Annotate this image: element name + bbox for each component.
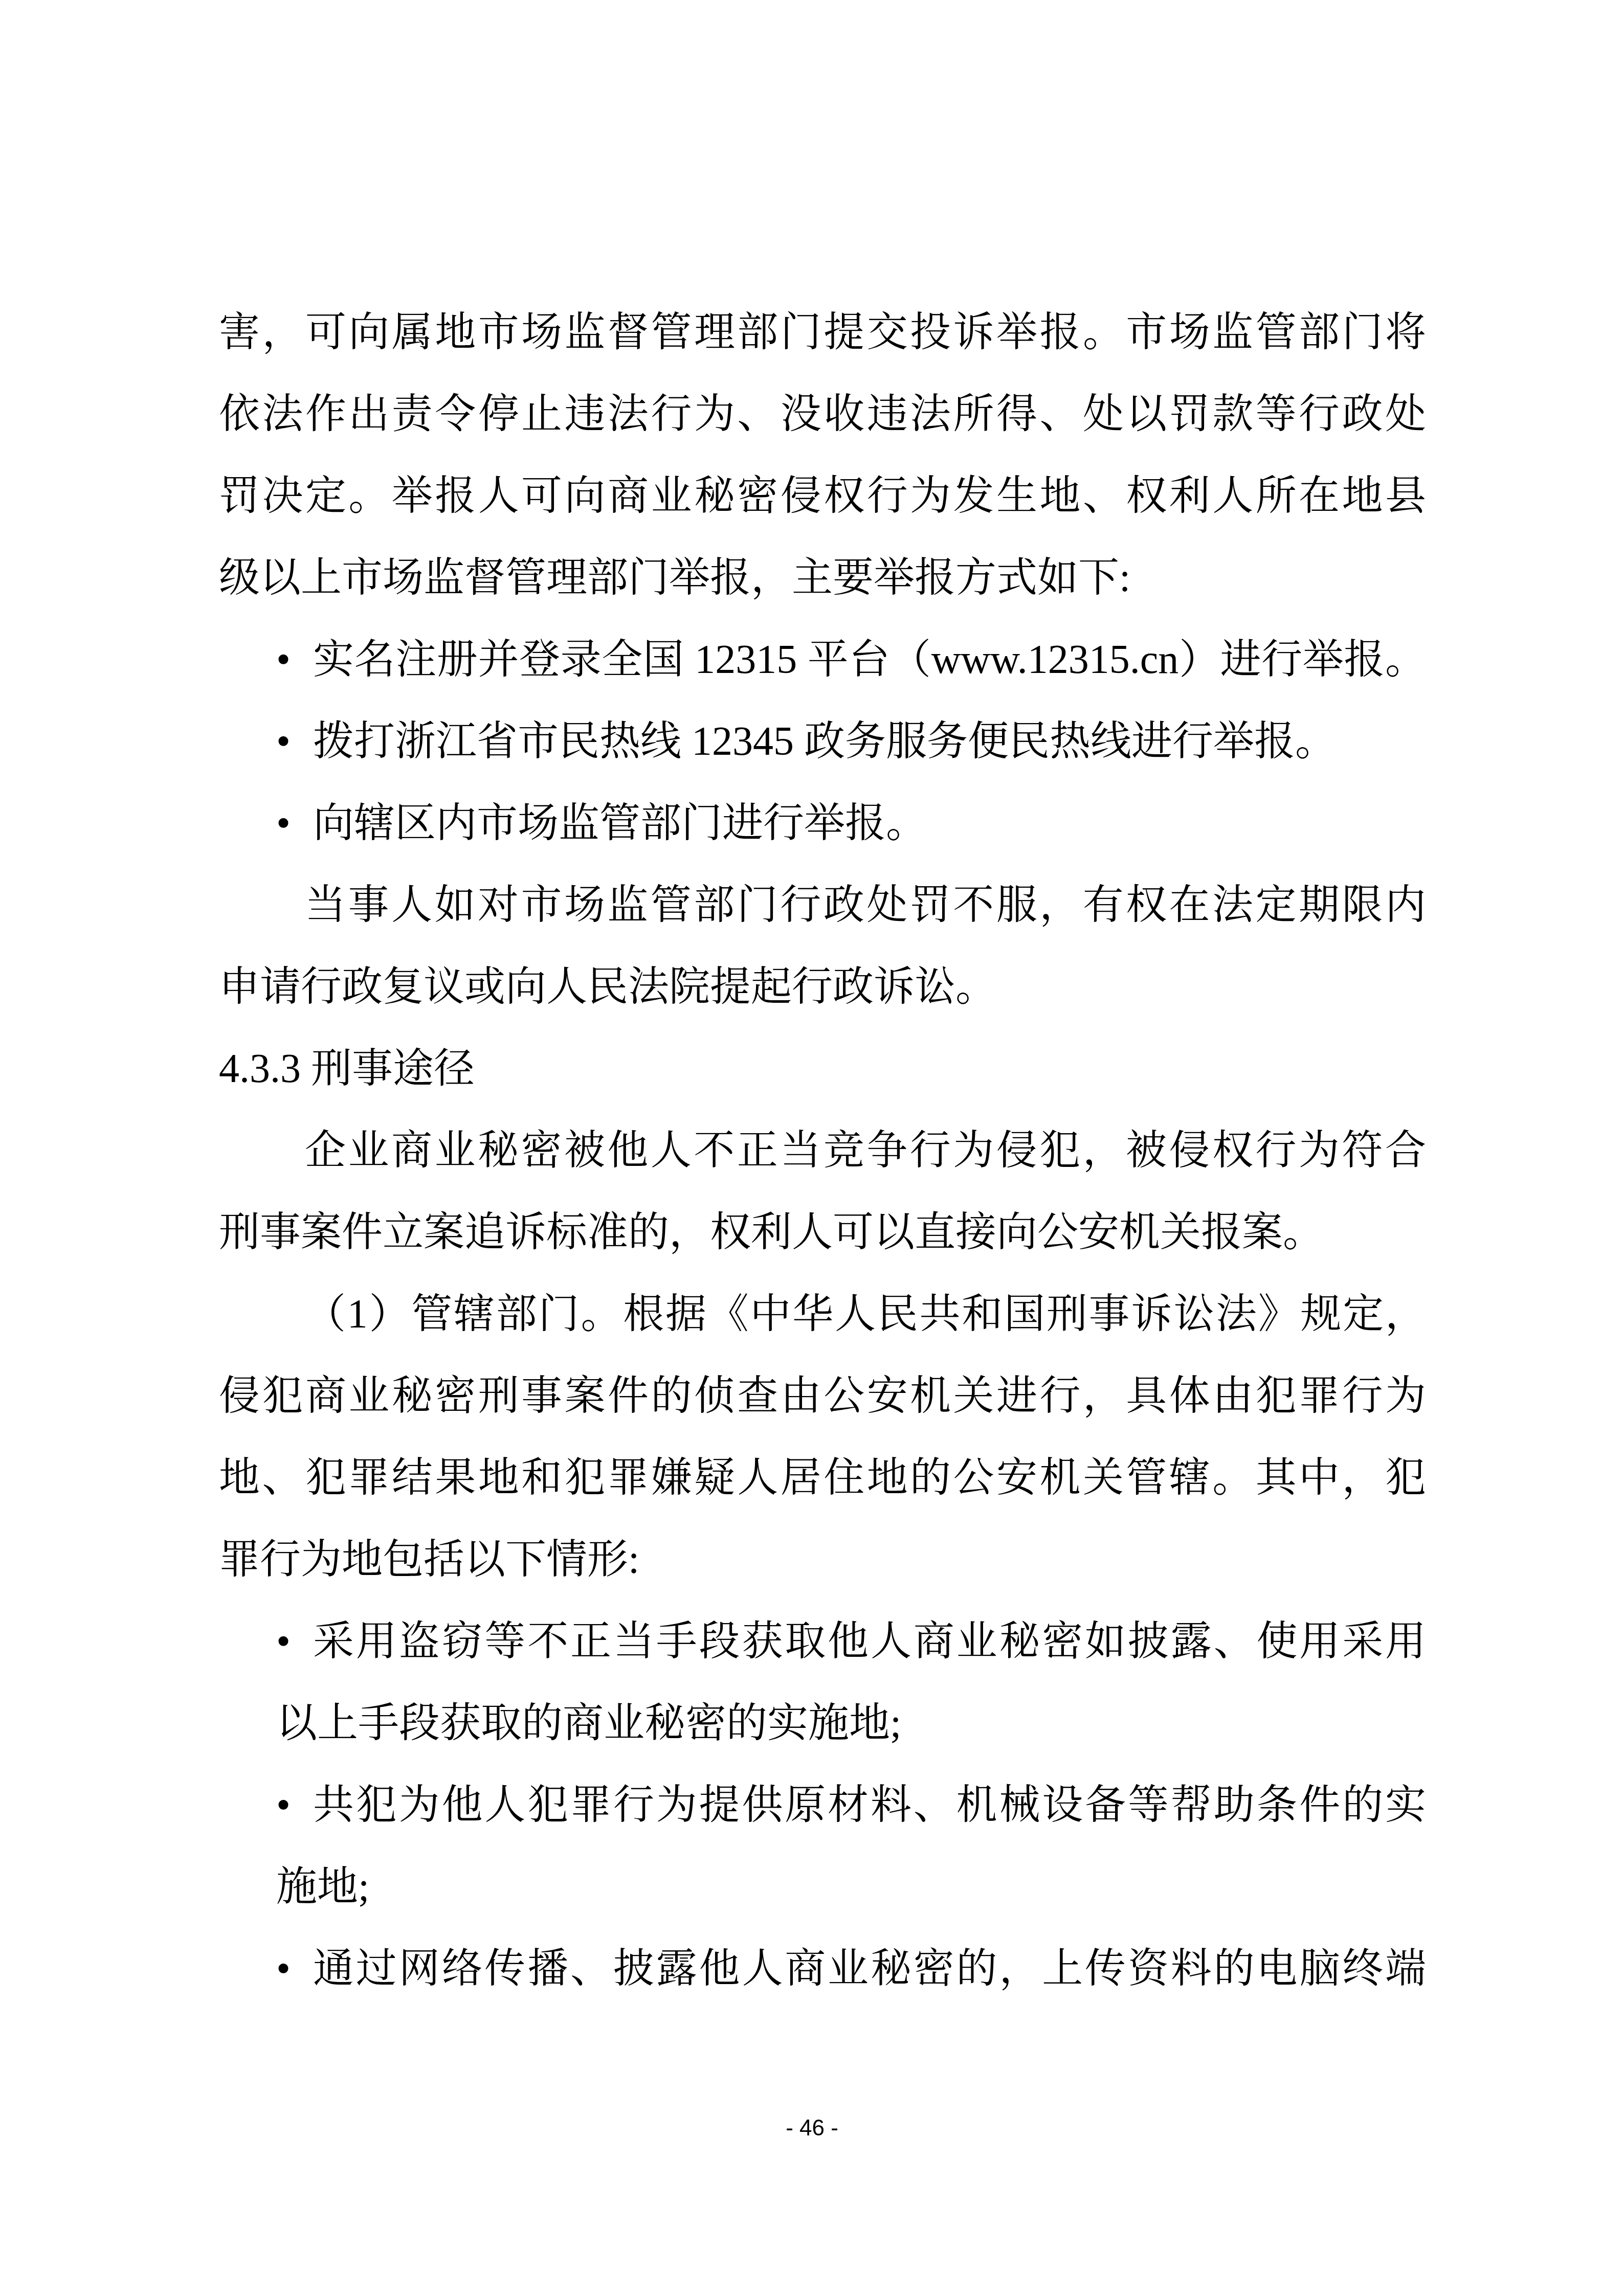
list-item: • 实名注册并登录全国 12315 平台（www.12315.cn）进行举报。 [219, 619, 1426, 701]
bullet-icon: • [276, 701, 291, 782]
list-item-continuation: 施地; [219, 1846, 1426, 1928]
text-line: 级以上市场监督管理部门举报，主要举报方式如下: [219, 537, 1426, 619]
text-line: 依法作出责令停止违法行为、没收违法所得、处以罚款等行政处 [219, 373, 1426, 455]
page-number: - 46 - [0, 2113, 1624, 2144]
text-line: 害，可向属地市场监督管理部门提交投诉举报。市场监管部门将 [219, 291, 1426, 373]
text-line: （1）管辖部门。根据《中华人民共和国刑事诉讼法》规定， [219, 1273, 1426, 1355]
list-item: • 通过网络传播、披露他人商业秘密的，上传资料的电脑终端 [219, 1928, 1426, 2010]
list-item: • 向辖区内市场监管部门进行举报。 [219, 782, 1426, 864]
text-line: 当事人如对市场监管部门行政处罚不服，有权在法定期限内 [219, 864, 1426, 946]
text-line: 申请行政复议或向人民法院提起行政诉讼。 [219, 946, 1426, 1028]
list-item-text: 通过网络传播、披露他人商业秘密的，上传资料的电脑终端 [313, 1946, 1426, 1991]
list-item-text: 采用盗窃等不正当手段获取他人商业秘密如披露、使用采用 [313, 1619, 1426, 1664]
bullet-icon: • [276, 619, 291, 701]
list-item-text: 共犯为他人犯罪行为提供原材料、机械设备等帮助条件的实 [313, 1783, 1426, 1828]
bullet-icon: • [276, 1601, 291, 1682]
text-line: 刑事案件立案追诉标准的，权利人可以直接向公安机关报案。 [219, 1191, 1426, 1273]
body-text: 害，可向属地市场监督管理部门提交投诉举报。市场监管部门将 依法作出责令停止违法行… [219, 291, 1426, 2010]
list-item: • 共犯为他人犯罪行为提供原材料、机械设备等帮助条件的实 [219, 1764, 1426, 1846]
text-line: 地、犯罪结果地和犯罪嫌疑人居住地的公安机关管辖。其中，犯 [219, 1437, 1426, 1519]
list-item: • 采用盗窃等不正当手段获取他人商业秘密如披露、使用采用 [219, 1601, 1426, 1682]
bullet-icon: • [276, 782, 291, 864]
text-line: 企业商业秘密被他人不正当竞争行为侵犯，被侵权行为符合 [219, 1110, 1426, 1191]
list-item-continuation: 以上手段获取的商业秘密的实施地; [219, 1682, 1426, 1764]
document-page: 害，可向属地市场监督管理部门提交投诉举报。市场监管部门将 依法作出责令停止违法行… [0, 0, 1624, 2296]
list-item-text: 向辖区内市场监管部门进行举报。 [313, 801, 927, 846]
text-line: 罪行为地包括以下情形: [219, 1519, 1426, 1601]
list-item-text: 实名注册并登录全国 12315 平台（www.12315.cn）进行举报。 [313, 637, 1426, 682]
bullet-icon: • [276, 1764, 291, 1846]
bullet-icon: • [276, 1928, 291, 2010]
list-item-text: 拨打浙江省市民热线 12345 政务服务便民热线进行举报。 [313, 719, 1336, 764]
list-item: • 拨打浙江省市民热线 12345 政务服务便民热线进行举报。 [219, 701, 1426, 782]
section-heading: 4.3.3 刑事途径 [219, 1028, 1426, 1110]
text-line: 侵犯商业秘密刑事案件的侦查由公安机关进行，具体由犯罪行为 [219, 1355, 1426, 1437]
text-line: 罚决定。举报人可向商业秘密侵权行为发生地、权利人所在地县 [219, 455, 1426, 537]
